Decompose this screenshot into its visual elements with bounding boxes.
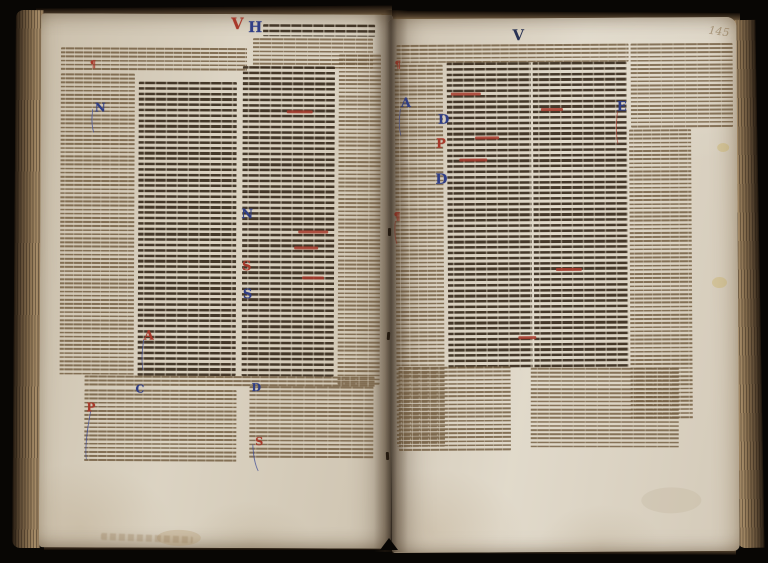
paragraph-mark: ¶ xyxy=(394,211,401,222)
gloss-initial: C xyxy=(136,384,145,395)
rubric-highlight xyxy=(451,93,481,96)
gloss-initial: D xyxy=(252,382,262,393)
text-initial: N xyxy=(241,208,253,221)
rubric-highlight xyxy=(475,136,499,139)
top-gloss-band xyxy=(397,44,629,63)
sewing-thread xyxy=(387,332,391,340)
vellum-stain xyxy=(717,143,729,152)
inner-gloss-column xyxy=(338,55,381,385)
bottom-gloss-left-block xyxy=(84,389,236,462)
text-initial: S xyxy=(242,260,251,273)
sewing-thread xyxy=(386,452,389,460)
gloss-initial: A xyxy=(401,97,411,110)
rubric-highlight xyxy=(302,276,324,279)
text-initial: D xyxy=(435,173,447,187)
bottom-gloss-right-block xyxy=(249,386,373,459)
vellum-stain xyxy=(712,277,727,288)
rubric-highlight xyxy=(287,110,313,113)
folio-number: 145 xyxy=(708,24,731,40)
gloss-initial: P xyxy=(86,401,95,413)
vellum-stain xyxy=(641,487,701,513)
rubric-highlight xyxy=(459,158,487,161)
paragraph-mark: ¶ xyxy=(395,61,401,71)
right-page: V 145 ¶ A ¶ D P D E xyxy=(388,17,739,553)
running-header-right: V xyxy=(512,28,524,43)
running-header-left: V xyxy=(231,16,243,32)
rubric-highlight xyxy=(298,230,328,233)
first-line-initial: H xyxy=(248,20,262,35)
rubric-highlight xyxy=(556,268,582,271)
bottom-gloss-right-block xyxy=(531,368,679,448)
rubric-highlight xyxy=(518,336,536,339)
top-gloss-band xyxy=(61,47,247,72)
paragraph-mark: ¶ xyxy=(90,60,96,70)
text-initial: D xyxy=(438,114,449,127)
bottom-gloss-left-block xyxy=(398,366,511,451)
text-initial: P xyxy=(436,138,446,151)
left-page: V H ¶ N N S S A C P D S xyxy=(39,13,393,549)
gloss-initial: S xyxy=(255,436,263,447)
text-initial: S xyxy=(243,288,252,301)
sewing-thread xyxy=(388,228,391,236)
first-text-line xyxy=(263,24,375,36)
gloss-initial: N xyxy=(95,101,106,113)
main-text-column-1 xyxy=(447,62,533,371)
gutter-bottom-notch xyxy=(380,538,398,550)
manuscript-photograph: V H ¶ N N S S A C P D S xyxy=(0,0,768,563)
outer-gloss-upper-block xyxy=(631,43,734,128)
gloss-initial: E xyxy=(617,101,627,114)
rubric-highlight xyxy=(294,246,318,249)
rubric-highlight xyxy=(541,108,563,111)
pen-flourish xyxy=(252,444,263,476)
text-initial: A xyxy=(144,330,154,343)
